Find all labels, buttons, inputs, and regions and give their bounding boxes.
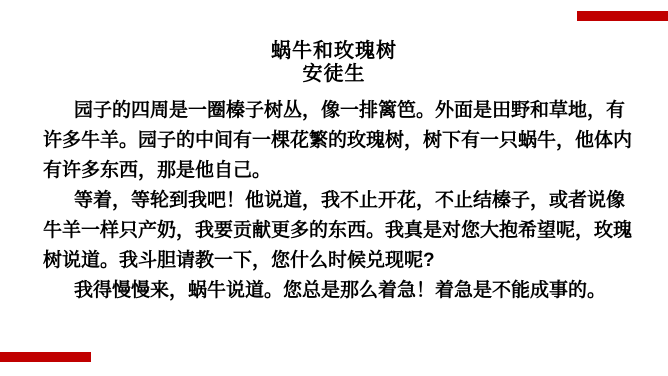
story-author: 安徒生 xyxy=(0,63,668,86)
story-paragraph-2: 等着，等轮到我吧！他说道，我不止开花，不止结榛子，或者说像 牛羊一样只产奶，我要… xyxy=(43,186,635,276)
story-line: 等着，等轮到我吧！他说道，我不止开花，不止结榛子，或者说像 xyxy=(43,186,635,216)
story-body: 园子的四周是一圈榛子树丛，像一排篱笆。外面是田野和草地，有 许多牛羊。园子的中间… xyxy=(43,96,635,306)
slide: 蜗牛和玫瑰树 安徒生 园子的四周是一圈榛子树丛，像一排篱笆。外面是田野和草地，有… xyxy=(0,0,668,376)
story-paragraph-3: 我得慢慢来，蜗牛说道。您总是那么着急！着急是不能成事的。 xyxy=(43,276,635,306)
story-paragraph-1: 园子的四周是一圈榛子树丛，像一排篱笆。外面是田野和草地，有 许多牛羊。园子的中间… xyxy=(43,96,635,186)
red-accent-bar-bottom-left xyxy=(0,352,91,362)
story-line: 树说道。我斗胆请教一下，您什么时候兑现呢? xyxy=(43,246,635,276)
story-line: 我得慢慢来，蜗牛说道。您总是那么着急！着急是不能成事的。 xyxy=(43,276,635,306)
story-line: 牛羊一样只产奶，我要贡献更多的东西。我真是对您大抱希望呢，玫瑰 xyxy=(43,216,635,246)
title-block: 蜗牛和玫瑰树 安徒生 xyxy=(0,40,668,86)
story-line: 有许多东西，那是他自己。 xyxy=(43,156,635,186)
story-line: 园子的四周是一圈榛子树丛，像一排篱笆。外面是田野和草地，有 xyxy=(43,96,635,126)
story-line: 许多牛羊。园子的中间有一棵花繁的玫瑰树，树下有一只蜗牛，他体内 xyxy=(43,126,635,156)
story-title: 蜗牛和玫瑰树 xyxy=(0,40,668,63)
red-accent-bar-top-right xyxy=(577,11,668,21)
